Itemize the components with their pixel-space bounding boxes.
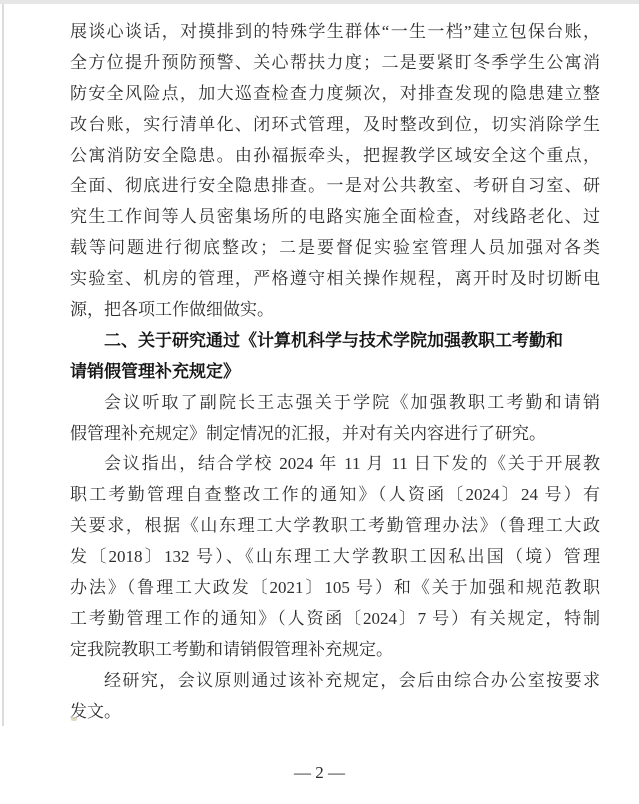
body-line: 发〔2018〕132 号）、《山东理工大学教职工因私出国（境）管理	[70, 542, 600, 573]
body-line: 发文。	[70, 697, 600, 728]
scan-edge-left	[2, 4, 4, 726]
body-line: 载等问题进行彻底整改；二是要督促实验室管理人员加强对各类	[70, 233, 600, 264]
body-line: 会议指出，结合学校 2024 年 11 月 11 日下发的《关于开展教	[70, 449, 600, 480]
document-body: 展谈心谈话，对摸排到的特殊学生群体“一生一档”建立包保台账，全方位提升预防预警、…	[70, 17, 600, 727]
body-line: 定我院教职工考勤和请销假管理补充规定。	[70, 635, 600, 666]
body-line: 公寓消防安全隐患。由孙福振牵头，把握教学区域安全这个重点，	[70, 141, 600, 172]
body-line: 究生工作间等人员密集场所的电路实施全面检查，对线路老化、过	[70, 202, 600, 233]
body-line: 职工考勤管理自查整改工作的通知》（人资函〔2024〕24 号）有	[70, 480, 600, 511]
body-line: 展谈心谈话，对摸排到的特殊学生群体“一生一档”建立包保台账，	[70, 17, 600, 48]
body-line: 全方位提升预防预警、关心帮扶力度；二是要紧盯冬季学生公寓消	[70, 48, 600, 79]
body-line: 会议听取了副院长王志强关于学院《加强教职工考勤和请销	[70, 388, 600, 419]
section-heading-line: 请销假管理补充规定》	[70, 357, 600, 388]
body-line: 改台账，实行清单化、闭环式管理，及时整改到位，切实消除学生	[70, 110, 600, 141]
body-line: 关要求，根据《山东理工大学教职工考勤管理办法》（鲁理工大政	[70, 511, 600, 542]
body-line: 工考勤管理工作的通知》（人资函〔2024〕7 号）有关规定，特制	[70, 604, 600, 635]
body-line: 办法》（鲁理工大政发〔2021〕105 号）和《关于加强和规范教职	[70, 573, 600, 604]
body-line: 假管理补充规定》制定情况的汇报，并对有关内容进行了研究。	[70, 419, 600, 450]
body-line: 防安全风险点，加大巡查检查力度频次，对排查发现的隐患建立整	[70, 79, 600, 110]
body-line: 经研究，会议原则通过该补充规定，会后由综合办公室按要求	[70, 666, 600, 697]
body-line: 源，把各项工作做细做实。	[70, 295, 600, 326]
page-number: — 2 —	[0, 758, 639, 788]
scan-artifact	[71, 717, 77, 721]
body-line: 实验室、机房的管理，严格遵守相关操作规程，离开时及时切断电	[70, 264, 600, 295]
scan-edge-top	[0, 0, 639, 4]
body-line: 全面、彻底进行安全隐患排查。一是对公共教室、考研自习室、研	[70, 171, 600, 202]
section-heading-line: 二、关于研究通过《计算机科学与技术学院加强教职工考勤和	[70, 326, 600, 357]
document-page: 展谈心谈话，对摸排到的特殊学生群体“一生一档”建立包保台账，全方位提升预防预警、…	[0, 0, 639, 804]
